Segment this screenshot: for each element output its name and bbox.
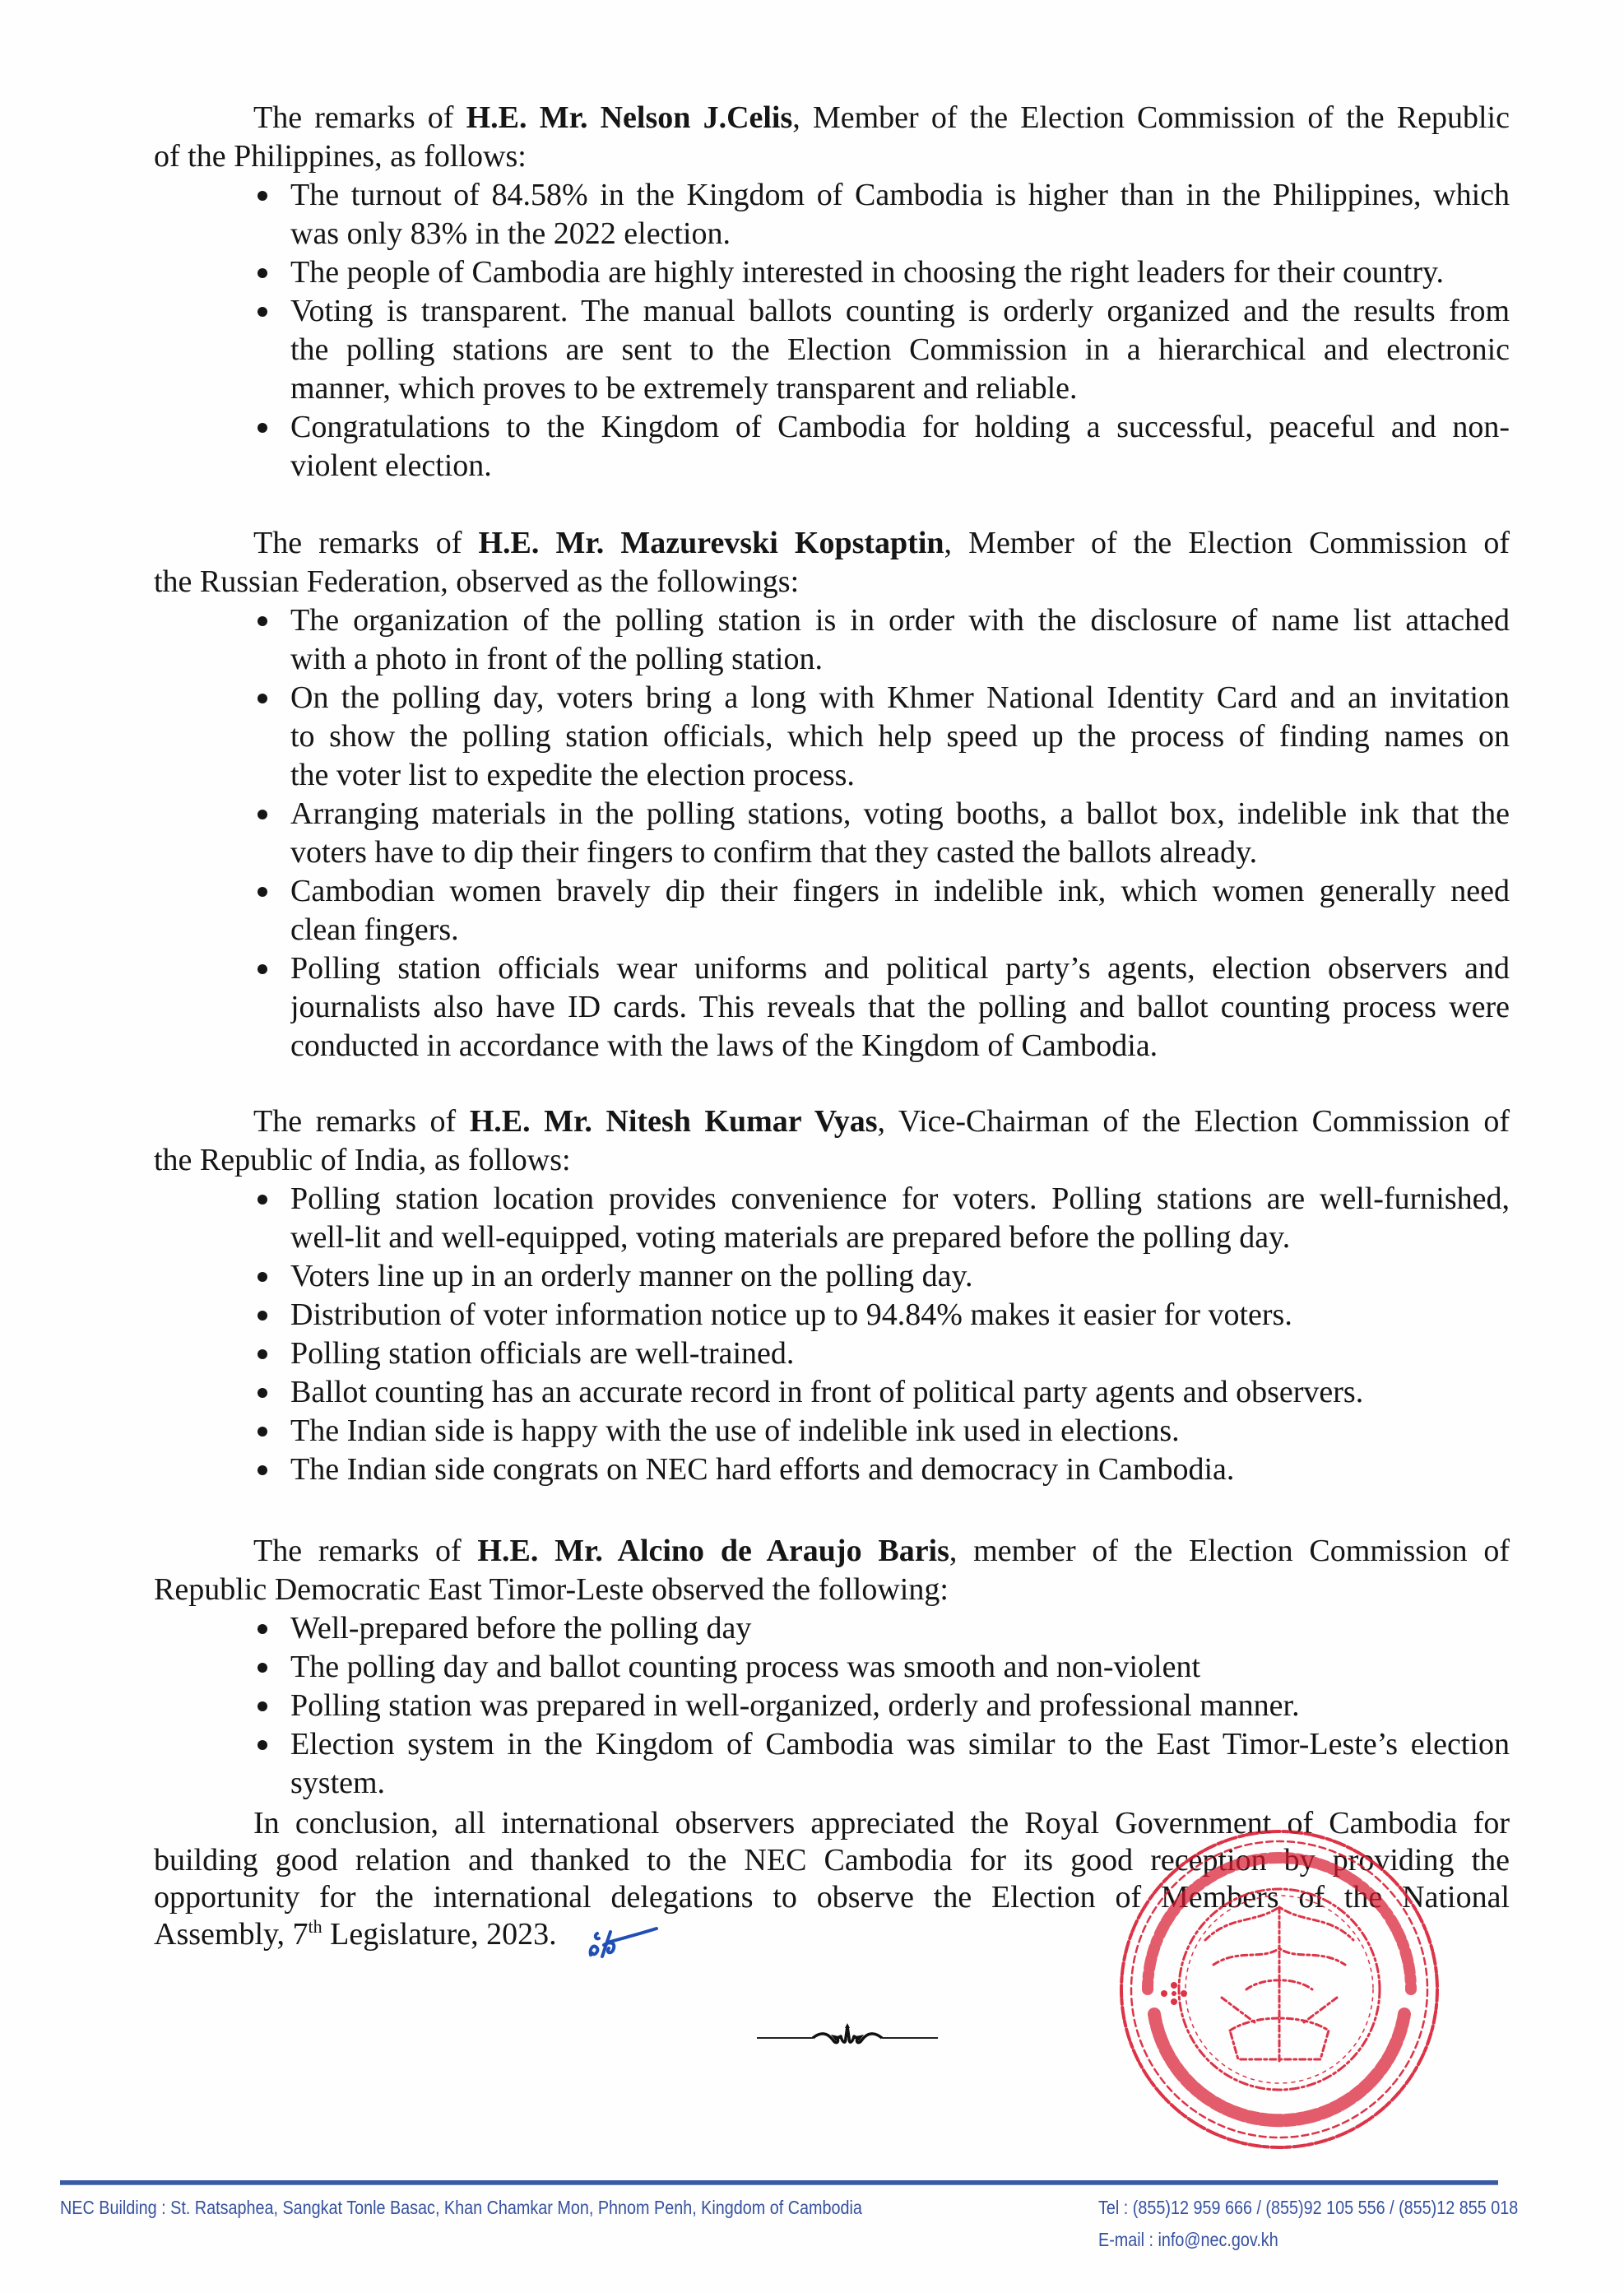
- dignitary-name: H.E. Mr. Nelson J.Celis: [466, 100, 793, 135]
- conclusion-paragraph-start: In conclusion, all international observe…: [253, 1804, 1510, 1843]
- bullet-item-line: On the polling day, voters bring a long …: [290, 679, 1510, 717]
- text-run: Voting is transparent. The manual ballot…: [290, 294, 1510, 328]
- text-run: Cambodian women bravely dip their finger…: [290, 874, 1510, 908]
- bullet-item-line: The organization of the polling station …: [290, 601, 1510, 640]
- text-run: Legislature, 2023.: [322, 1917, 557, 1952]
- text-run: Polling station location provides conven…: [290, 1181, 1510, 1216]
- bullet-icon: [258, 423, 267, 433]
- text-run: Polling station was prepared in well-org…: [290, 1688, 1300, 1723]
- bullet-item-line: violent election.: [290, 447, 1510, 485]
- bullet-item-line: Well-prepared before the polling day: [290, 1609, 1510, 1648]
- text-run: The turnout of 84.58% in the Kingdom of …: [290, 178, 1510, 212]
- bullet-item-line: Polling station was prepared in well-org…: [290, 1687, 1510, 1725]
- signature-icon: [586, 1924, 660, 1965]
- remarks-intro-heading: The remarks of H.E. Mr. Nitesh Kumar Vya…: [253, 1102, 1510, 1141]
- bullet-item-line: the polling stations are sent to the Ele…: [290, 331, 1510, 369]
- remarks-intro-heading: The remarks of H.E. Mr. Nelson J.Celis, …: [253, 99, 1510, 137]
- text-run: The remarks of: [253, 526, 479, 560]
- text-run: Assembly, 7: [154, 1917, 309, 1952]
- bullet-icon: [258, 191, 267, 201]
- text-run: The Indian side congrats on NEC hard eff…: [290, 1452, 1234, 1487]
- text-run: On the polling day, voters bring a long …: [290, 680, 1510, 715]
- bullet-icon: [258, 1740, 267, 1750]
- text-run: The remarks of: [253, 1104, 470, 1139]
- bullet-icon: [258, 268, 267, 278]
- footer-telephone: Tel : (855)12 959 666 / (855)92 105 556 …: [1098, 2197, 1518, 2219]
- text-run: , member of the Election Commission of: [949, 1534, 1510, 1568]
- text-run: the polling stations are sent to the Ele…: [290, 332, 1510, 367]
- bullet-item-line: Polling station officials are well-train…: [290, 1334, 1510, 1373]
- text-run: The remarks of: [253, 1534, 477, 1568]
- text-run: clean fingers.: [290, 912, 459, 947]
- bullet-item-line: Polling station location provides conven…: [290, 1180, 1510, 1218]
- bullet-item-line: Voters line up in an orderly manner on t…: [290, 1257, 1510, 1296]
- text-run: manner, which proves to be extremely tra…: [290, 371, 1078, 406]
- text-run: building good relation and thanked to th…: [154, 1843, 1510, 1878]
- bullet-item-line: Congratulations to the Kingdom of Cambod…: [290, 408, 1510, 447]
- text-run: Distribution of voter information notice…: [290, 1297, 1292, 1332]
- bullet-item-line: Voting is transparent. The manual ballot…: [290, 292, 1510, 331]
- text-run: The organization of the polling station …: [290, 603, 1510, 638]
- bullet-item-line: Election system in the Kingdom of Cambod…: [290, 1725, 1510, 1764]
- bullet-item-line: Polling station officials wear uniforms …: [290, 949, 1510, 988]
- text-run: the Russian Federation, observed as the …: [154, 564, 799, 599]
- bullet-icon: [258, 1624, 267, 1634]
- text-run: Polling station officials wear uniforms …: [290, 951, 1510, 986]
- bullet-item-line: The Indian side congrats on NEC hard eff…: [290, 1451, 1510, 1489]
- bullet-icon: [258, 1311, 267, 1321]
- bullet-item-line: well-lit and well-equipped, voting mater…: [290, 1218, 1510, 1257]
- bullet-item-line: manner, which proves to be extremely tra…: [290, 369, 1510, 408]
- footer-email[interactable]: E-mail : info@nec.gov.kh: [1098, 2229, 1278, 2251]
- text-run: Republic Democratic East Timor-Leste obs…: [154, 1572, 949, 1607]
- text-run: voters have to dip their fingers to conf…: [290, 835, 1257, 870]
- bullet-icon: [258, 810, 267, 819]
- dignitary-name: H.E. Mr. Mazurevski Kopstaptin: [479, 526, 944, 560]
- text-run: journalists also have ID cards. This rev…: [290, 990, 1510, 1024]
- ornament-divider-icon: [757, 2020, 938, 2053]
- text-run: , Vice-Chairman of the Election Commissi…: [878, 1104, 1510, 1139]
- bullet-item-line: journalists also have ID cards. This rev…: [290, 988, 1510, 1027]
- text-run: Voters line up in an orderly manner on t…: [290, 1259, 973, 1293]
- text-run: The remarks of: [253, 100, 466, 135]
- bullet-item-line: voters have to dip their fingers to conf…: [290, 833, 1510, 872]
- bullet-icon: [258, 1388, 267, 1398]
- text-run: of the Philippines, as follows:: [154, 139, 527, 174]
- text-run: conducted in accordance with the laws of…: [290, 1028, 1158, 1063]
- text-run: Arranging materials in the polling stati…: [290, 796, 1510, 831]
- text-run: Ballot counting has an accurate record i…: [290, 1375, 1363, 1409]
- remarks-intro-continuation: Republic Democratic East Timor-Leste obs…: [154, 1571, 1510, 1609]
- bullet-item-line: the voter list to expedite the election …: [290, 756, 1510, 795]
- bullet-item-line: The people of Cambodia are highly intere…: [290, 253, 1510, 292]
- conclusion-paragraph-line: opportunity for the international delega…: [154, 1878, 1510, 1917]
- text-run: , Member of the Election Commission of t…: [792, 100, 1510, 135]
- text-run: system.: [290, 1766, 385, 1800]
- remarks-intro-heading: The remarks of H.E. Mr. Alcino de Araujo…: [253, 1532, 1510, 1571]
- remarks-intro-continuation: the Russian Federation, observed as the …: [154, 563, 1510, 601]
- bullet-item-line: with a photo in front of the polling sta…: [290, 640, 1510, 679]
- bullet-item-line: was only 83% in the 2022 election.: [290, 215, 1510, 253]
- bullet-icon: [258, 1465, 267, 1475]
- bullet-icon: [258, 1427, 267, 1437]
- ordinal-suffix: th: [309, 1916, 322, 1937]
- bullet-item-line: Distribution of voter information notice…: [290, 1296, 1510, 1334]
- bullet-icon: [258, 887, 267, 897]
- text-run: was only 83% in the 2022 election.: [290, 216, 731, 251]
- text-run: violent election.: [290, 448, 492, 483]
- dignitary-name: H.E. Mr. Alcino de Araujo Baris: [477, 1534, 949, 1568]
- dignitary-name: H.E. Mr. Nitesh Kumar Vyas: [470, 1104, 878, 1139]
- conclusion-paragraph-line: building good relation and thanked to th…: [154, 1841, 1510, 1880]
- bullet-item-line: to show the polling station officials, w…: [290, 717, 1510, 756]
- bullet-icon: [258, 1272, 267, 1282]
- footer-address: NEC Building : St. Ratsaphea, Sangkat To…: [60, 2197, 862, 2219]
- bullet-item-line: The polling day and ballot counting proc…: [290, 1648, 1510, 1687]
- text-run: Polling station officials are well-train…: [290, 1336, 794, 1371]
- document-page: The remarks of H.E. Mr. Nelson J.Celis, …: [0, 0, 1624, 2293]
- remarks-intro-continuation: the Republic of India, as follows:: [154, 1141, 1510, 1180]
- text-run: to show the polling station officials, w…: [290, 719, 1510, 754]
- conclusion-paragraph-line: Assembly, 7th Legislature, 2023.: [154, 1915, 1510, 1954]
- bullet-icon: [258, 694, 267, 703]
- bullet-icon: [258, 1701, 267, 1711]
- bullet-icon: [258, 1663, 267, 1673]
- remarks-intro-continuation: of the Philippines, as follows:: [154, 137, 1510, 176]
- bullet-icon: [258, 1349, 267, 1359]
- text-run: opportunity for the international delega…: [154, 1880, 1510, 1915]
- text-run: the voter list to expedite the election …: [290, 758, 855, 792]
- bullet-item-line: clean fingers.: [290, 911, 1510, 949]
- footer-divider: [60, 2180, 1498, 2185]
- text-run: The people of Cambodia are highly intere…: [290, 255, 1444, 290]
- text-run: well-lit and well-equipped, voting mater…: [290, 1220, 1290, 1255]
- bullet-icon: [258, 964, 267, 974]
- text-run: The Indian side is happy with the use of…: [290, 1413, 1180, 1448]
- bullet-icon: [258, 307, 267, 317]
- text-run: The polling day and ballot counting proc…: [290, 1650, 1200, 1684]
- bullet-item-line: Arranging materials in the polling stati…: [290, 795, 1510, 833]
- bullet-item-line: conducted in accordance with the laws of…: [290, 1027, 1510, 1065]
- remarks-intro-heading: The remarks of H.E. Mr. Mazurevski Kopst…: [253, 524, 1510, 563]
- text-run: Well-prepared before the polling day: [290, 1611, 751, 1645]
- bullet-item-line: The Indian side is happy with the use of…: [290, 1412, 1510, 1451]
- bullet-item-line: Cambodian women bravely dip their finger…: [290, 872, 1510, 911]
- bullet-icon: [258, 616, 267, 626]
- text-run: Election system in the Kingdom of Cambod…: [290, 1727, 1510, 1762]
- text-run: Congratulations to the Kingdom of Cambod…: [290, 410, 1510, 444]
- text-run: , Member of the Election Commission of: [944, 526, 1510, 560]
- bullet-item-line: Ballot counting has an accurate record i…: [290, 1373, 1510, 1412]
- bullet-item-line: The turnout of 84.58% in the Kingdom of …: [290, 176, 1510, 215]
- text-run: with a photo in front of the polling sta…: [290, 642, 823, 676]
- bullet-item-line: system.: [290, 1764, 1510, 1803]
- text-run: the Republic of India, as follows:: [154, 1143, 571, 1177]
- text-run: In conclusion, all international observe…: [253, 1806, 1510, 1840]
- bullet-icon: [258, 1195, 267, 1205]
